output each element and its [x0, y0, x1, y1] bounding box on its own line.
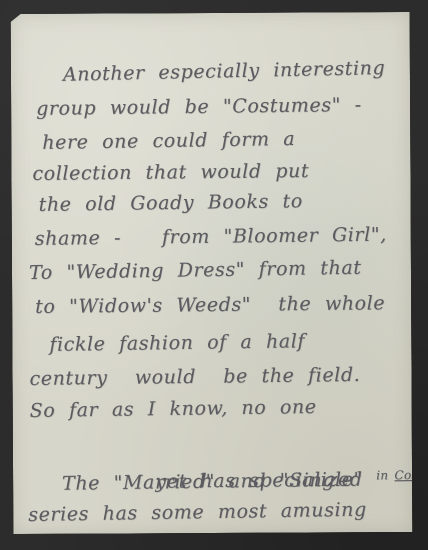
handwritten-line: fickle fashion of a half [49, 323, 411, 362]
handwritten-line: So far as I know, no one [29, 389, 411, 428]
line-text: to "Widow's Weeds" the whole [35, 292, 385, 318]
handwritten-line: to "Widow's Weeds" the whole [35, 286, 411, 324]
line-text: fickle fashion of a half [49, 330, 305, 356]
scan-background: Another especially interesting group wou… [0, 0, 428, 550]
handwritten-line: yet has specialized in Costumes. [46, 424, 412, 462]
line-text: Another especially interesting [63, 57, 386, 86]
letter-page: Another especially interesting group wou… [11, 12, 413, 534]
handwriting-block: Another especially interesting group wou… [11, 56, 412, 532]
line-text: group would be "Costumes" - [36, 94, 362, 120]
line-text: century would be the field. [29, 364, 360, 390]
line-text: The "Married" and "Single" [62, 469, 363, 495]
handwritten-line: series has some most amusing [28, 492, 412, 532]
line-text: shame - from "Bloomer Girl", [35, 224, 387, 250]
line-text: the old Goady Books to [38, 190, 302, 216]
handwritten-line: To "Wedding Dress" from that [29, 250, 411, 290]
line-text: collection that would put [32, 160, 309, 185]
handwritten-line: the old Goady Books to [38, 183, 410, 222]
line-text: series has some most amusing [28, 499, 367, 526]
line-text: So far as I know, no one [30, 396, 317, 422]
handwritten-line: Another especially interesting [63, 51, 411, 92]
line-text: here one could form a [42, 128, 295, 154]
line-text: To "Wedding Dress" from that [29, 257, 362, 284]
